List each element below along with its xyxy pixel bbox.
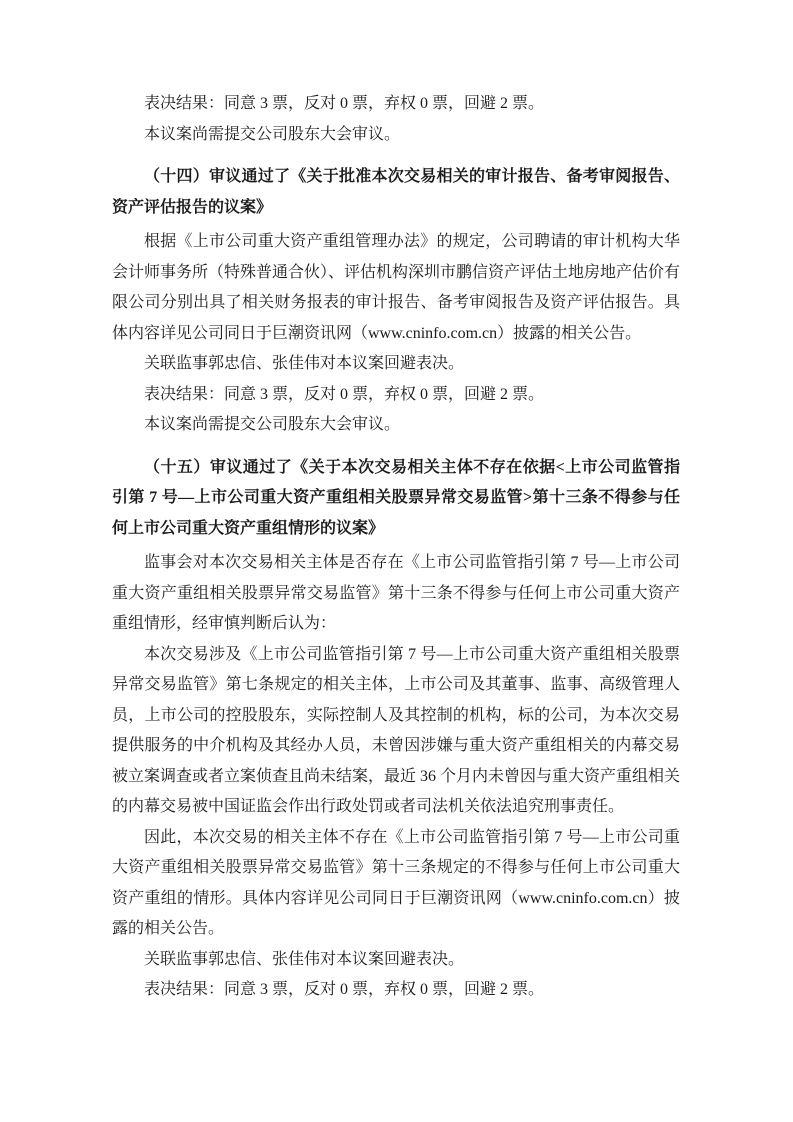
item-14-vote-result-line: 表决结果：同意 3 票，反对 0 票，弃权 0 票，回避 2 票。 xyxy=(112,380,680,411)
item-14-recusal-line: 关联监事郭忠信、张佳伟对本议案回避表决。 xyxy=(112,349,680,380)
item-15-recusal-line: 关联监事郭忠信、张佳伟对本议案回避表决。 xyxy=(112,945,680,976)
item-15-intro-paragraph: 监事会对本次交易相关主体是否存在《上市公司监管指引第 7 号—上市公司重大资产重… xyxy=(112,548,680,640)
item-14-heading: （十四）审议通过了《关于批准本次交易相关的审计报告、备考审阅报告、资产评估报告的… xyxy=(112,162,680,223)
vote-result-line: 表决结果：同意 3 票，反对 0 票，弃权 0 票，回避 2 票。 xyxy=(112,89,680,120)
item-15-analysis-paragraph: 本次交易涉及《上市公司监管指引第 7 号—上市公司重大资产重组相关股票异常交易监… xyxy=(112,640,680,823)
item-14-body-paragraph: 根据《上市公司重大资产重组管理办法》的规定，公司聘请的审计机构大华会计师事务所（… xyxy=(112,227,680,349)
item-14-submit-line: 本议案尚需提交公司股东大会审议。 xyxy=(112,410,680,441)
item-15-conclusion-paragraph: 因此，本次交易的相关主体不存在《上市公司监管指引第 7 号—上市公司重大资产重组… xyxy=(112,823,680,945)
item-15-heading: （十五）审议通过了《关于本次交易相关主体不存在依据<上市公司监管指引第 7 号—… xyxy=(112,453,680,545)
document-page: 表决结果：同意 3 票，反对 0 票，弃权 0 票，回避 2 票。 本议案尚需提… xyxy=(0,0,793,1122)
document-content: 表决结果：同意 3 票，反对 0 票，弃权 0 票，回避 2 票。 本议案尚需提… xyxy=(0,0,793,1006)
item-15-vote-result-line: 表决结果：同意 3 票，反对 0 票，弃权 0 票，回避 2 票。 xyxy=(112,975,680,1006)
submit-to-shareholders-line: 本议案尚需提交公司股东大会审议。 xyxy=(112,120,680,151)
